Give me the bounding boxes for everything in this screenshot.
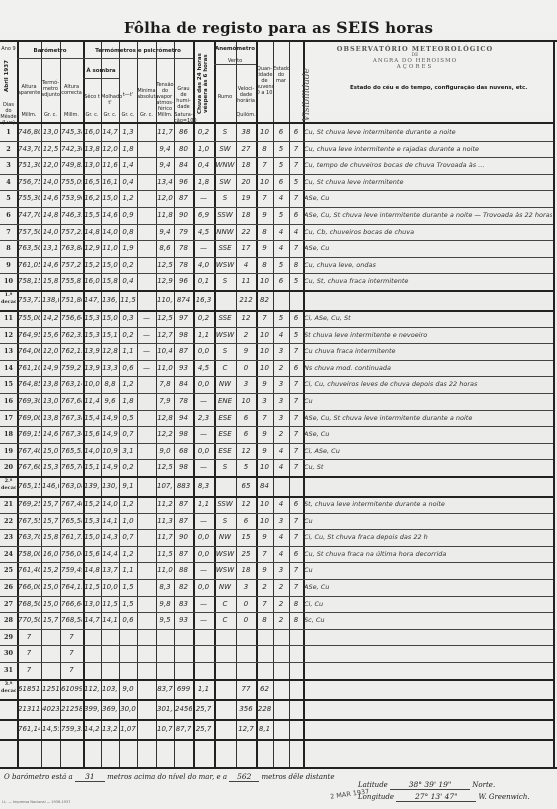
cell-hum: 80 [175, 143, 192, 156]
cell-term: 15,2 [42, 564, 59, 577]
cell-diff: 1,8 [120, 395, 136, 408]
cell-mar: 7 [290, 461, 302, 474]
table-row: 15764,8513,8763,1410,08,81,27,8840,0NW39… [0, 376, 553, 393]
cell-seco: 16,2 [84, 192, 100, 205]
cell-vis: 4 [274, 548, 288, 561]
cell-seco: 15,3 [84, 312, 100, 325]
register-sheet: Fôlha de registo para as SEIS horas Ano … [0, 0, 557, 809]
cell-vis: 3 [274, 515, 288, 528]
cell-alt_cor: 610995 [61, 681, 82, 697]
cell-molh: 15,0 [102, 312, 118, 325]
cell-molh: 14,4 [102, 548, 118, 561]
cell-remark: Ci, Cu, St chuva fraca depois das 22 h [304, 531, 552, 544]
cell-remark: ASe, Cu [304, 581, 552, 594]
cell-tensao: 7,9 [157, 395, 173, 408]
cell-term: 15,8 [42, 275, 59, 288]
cell-molh: 15,0 [102, 192, 118, 205]
cell-term: 12,0 [42, 159, 59, 172]
cell-seco: 15,6 [84, 548, 100, 561]
cell-diff: 1,3 [120, 126, 136, 139]
cell-molh: 10,9 [102, 445, 118, 458]
table-row: 19767,4015,0765,5514,010,93,19,0680,0ESE… [0, 443, 553, 460]
unit-label: Gr. c. [119, 112, 137, 118]
cell-alt_ap: 7 [18, 664, 40, 677]
cell-nuv: 8 [257, 259, 272, 272]
cell-day: 2.ª decada [1, 478, 16, 492]
cell-remark: Cu, St [304, 461, 552, 474]
table-row: 11755,0014,2756,6415,315,00,3—12,5970,2S… [0, 310, 553, 327]
cell-seco: 13,0 [84, 598, 100, 611]
cell-molh: 13,21 [102, 721, 118, 737]
cell-remark: Cu chuva fraca intermitente [304, 345, 552, 358]
cell-mar: 7 [290, 242, 302, 255]
cell-rumo: ESE [215, 412, 235, 425]
printer-note: I.L. — Imprensa Nacional — 1936-1937 [2, 800, 70, 804]
cell-alt_cor: 765,55 [61, 445, 82, 458]
cell-chuva: 1,0 [194, 143, 213, 156]
cell-vel: 77 [237, 681, 255, 697]
cell-chuva: 0,0 [194, 581, 213, 594]
cell-diff: 1,8 [120, 143, 136, 156]
cell-nuv: 10 [257, 329, 272, 342]
cell-rumo: WSW [215, 329, 235, 342]
cell-rumo: WNW [215, 159, 235, 172]
cell-seco: 11,4 [84, 395, 100, 408]
cell-alt_cor: 753,90 [61, 192, 82, 205]
cell-vel: 18 [237, 564, 255, 577]
cell-alt_ap: 761,40 [18, 564, 40, 577]
cell-molh: 14,1 [102, 614, 118, 627]
cell-vel: 12 [237, 445, 255, 458]
cell-hum: 87 [175, 548, 192, 561]
cell-seco: 15,4 [84, 412, 100, 425]
cell-alt_ap: 758,00 [18, 548, 40, 561]
cell-tensao: 11,5 [157, 548, 173, 561]
cell-alt_cor: 746,31 [61, 209, 82, 222]
cell-seco: 14,8 [84, 564, 100, 577]
cell-hum: 93 [175, 614, 192, 627]
cell-tensao: 10,76 [157, 721, 173, 737]
cell-mar: 6 [290, 362, 302, 375]
cell-day: 2 [1, 143, 16, 156]
cell-tensao: 9,5 [157, 614, 173, 627]
cell-alt_ap: 769,25 [18, 498, 40, 511]
cell-day: 26 [1, 581, 16, 594]
cell-vel: 3 [237, 378, 255, 391]
cell-mar: 7 [290, 564, 302, 577]
cell-diff: 0,7 [120, 531, 136, 544]
cell-vel: 25 [237, 548, 255, 561]
cell-chuva: 0,4 [194, 159, 213, 172]
cell-chuva: 25,7 [194, 721, 213, 737]
cell-hum: 88 [175, 564, 192, 577]
shade-header: À sombra [83, 68, 119, 75]
cell-vel: 20 [237, 176, 255, 189]
cell-vel: 6 [237, 428, 255, 441]
cell-rumo: S [215, 275, 235, 288]
cell-term: 12,0 [42, 345, 59, 358]
cell-hum: 883 [175, 478, 192, 494]
cell-remark: Cu, tempo de chuveiros bocas de chuva Tr… [304, 159, 552, 172]
cell-diff: 30,0 [120, 701, 136, 717]
cell-alt_ap: 7 [18, 647, 40, 660]
summary-row: 213119640232125880399,9369,930,0301,2245… [0, 699, 553, 719]
cell-remark: Cu, chuva leve, ondas [304, 259, 552, 272]
cell-molh: 10,0 [102, 581, 118, 594]
cell-mar: 7 [290, 143, 302, 156]
summary-row: 761,1414,55759,3514,2813,211,0710,7687,7… [0, 719, 553, 739]
cell-diff: 1,2 [120, 378, 136, 391]
cell-vel: 212 [237, 292, 255, 308]
cell-hum: 97 [175, 312, 192, 325]
cell-day: 28 [1, 614, 16, 627]
unit-label: Gr. c. [137, 112, 156, 118]
cell-hum: 79 [175, 226, 192, 239]
cell-tensao: 110,5 [157, 292, 173, 308]
cell-tensao: 8,3 [157, 581, 173, 594]
cell-rumo: S [215, 515, 235, 528]
cell-tensao: 12,5 [157, 259, 173, 272]
cell-molh: 13,3 [102, 362, 118, 375]
cell-molh: 14,9 [102, 412, 118, 425]
cell-hum: 87 [175, 192, 192, 205]
cell-nuv: 9 [257, 428, 272, 441]
cell-vel: 0 [237, 362, 255, 375]
cell-term: 15,8 [42, 531, 59, 544]
cell-tensao: 11,7 [157, 531, 173, 544]
cell-alt_cor: 759,35 [61, 721, 82, 737]
cell-alt_ap: 770,50 [18, 614, 40, 627]
cell-molh: 14,7 [102, 126, 118, 139]
cell-diff: 1,1 [120, 564, 136, 577]
cell-diff: 1,0 [120, 515, 136, 528]
cell-day: 3 [1, 159, 16, 172]
cell-chuva: — [194, 461, 213, 474]
cell-diff: 0,5 [120, 412, 136, 425]
cell-nuv: 228 [257, 701, 272, 717]
cell-nuv: 9 [257, 531, 272, 544]
cell-tensao: 11,8 [157, 209, 173, 222]
longitude: Longitude 27° 13' 47" W. Greenwich. [358, 792, 557, 802]
cell-alt_cor: 767,40 [61, 498, 82, 511]
table-row: 20767,6015,3765,7015,114,90,212,598—S510… [0, 459, 553, 476]
cell-tensao: 9,0 [157, 445, 173, 458]
cell-hum: 98 [175, 329, 192, 342]
cell-vel: 18 [237, 159, 255, 172]
cell-tensao: 9,8 [157, 598, 173, 611]
cell-vel: 12 [237, 498, 255, 511]
cell-vis: 5 [274, 159, 288, 172]
table-row: 28770,5015,7768,5814,714,10,69,593—C0828… [0, 612, 553, 629]
unit-label: Gr. c. [41, 112, 60, 118]
cell-molh: 14,9 [102, 428, 118, 441]
cell-rumo: SW [215, 143, 235, 156]
cell-seco: 139,9 [84, 478, 100, 494]
cell-rumo: S [215, 345, 235, 358]
cell-rumo: C [215, 362, 235, 375]
cell-diff: 0,3 [120, 312, 136, 325]
cell-vel: 65 [237, 478, 255, 494]
cell-alt_cor: 7 [61, 664, 82, 677]
cell-alt_ap: 764,85 [18, 378, 40, 391]
cell-day: 8 [1, 242, 16, 255]
cell-seco: 12,9 [84, 242, 100, 255]
cell-nuv: 8 [257, 226, 272, 239]
cell-mar: 7 [290, 395, 302, 408]
cell-alt_ap: 765,15 [18, 478, 40, 494]
weather-table: Ano 9BarómetroAltura aparenteTermó-metro… [0, 40, 557, 769]
cell-diff: 1,5 [120, 581, 136, 594]
cell-vel: 0 [237, 614, 255, 627]
cell-day: 21 [1, 498, 16, 511]
cell-hum: 90 [175, 209, 192, 222]
cell-hum: 2456 [175, 701, 192, 717]
cell-alt_ap: 747,70 [18, 209, 40, 222]
cell-molh: 13,7 [102, 564, 118, 577]
cell-vel: 9 [237, 345, 255, 358]
cell-nuv: 10 [257, 176, 272, 189]
cell-rumo: C [215, 598, 235, 611]
cell-alt_ap: 755,30 [18, 192, 40, 205]
cell-rumo: SSW [215, 498, 235, 511]
cell-alt_cor: 765,70 [61, 461, 82, 474]
cell-remark: ASe, Cu, St chuva leve intermitente dura… [304, 209, 552, 222]
cell-molh: 11,0 [102, 242, 118, 255]
cell-day: 7 [1, 226, 16, 239]
cell-mar: 8 [290, 598, 302, 611]
cell-rumo: C [215, 614, 235, 627]
cell-nuv: 7 [257, 598, 272, 611]
cell-alt_cor: 759,27 [61, 362, 82, 375]
latitude: Latitude 38° 39' 19" Norte. [358, 780, 557, 790]
cell-alt_ap: 769,15 [18, 428, 40, 441]
cell-alt_ap: 755,00 [18, 312, 40, 325]
cell-day: 25 [1, 564, 16, 577]
cell-chuva: 1,1 [194, 681, 213, 697]
cell-chuva: 0,0 [194, 345, 213, 358]
cell-alt_ap: 756,75 [18, 176, 40, 189]
cell-seco: 14,0 [84, 445, 100, 458]
cell-seco: 15,1 [84, 461, 100, 474]
cell-vis: 5 [274, 143, 288, 156]
cell-chuva: — [194, 192, 213, 205]
cell-vis: 2 [274, 614, 288, 627]
column-divider [553, 42, 555, 767]
cell-tensao: 11,3 [157, 515, 173, 528]
cell-chuva: 25,7 [194, 701, 213, 717]
cell-molh: 16,1 [102, 176, 118, 189]
cell-vis: 5 [274, 209, 288, 222]
cell-day: 17 [1, 412, 16, 425]
cell-seco: 13,0 [84, 159, 100, 172]
cell-chuva: 4,5 [194, 362, 213, 375]
velocity-header: Veloci-dade horária [236, 86, 256, 104]
cell-vel: 12 [237, 312, 255, 325]
visibility-header: Visibilidade [302, 68, 312, 121]
cell-tensao: 13,4 [157, 176, 173, 189]
cell-rumo: ESE [215, 445, 235, 458]
cell-seco: 15,2 [84, 498, 100, 511]
cell-hum: 84 [175, 378, 192, 391]
cell-seco: 13,8 [84, 143, 100, 156]
cell-hum: 94 [175, 412, 192, 425]
cell-alt_ap: 766,00 [18, 581, 40, 594]
cell-molh: 14,6 [102, 209, 118, 222]
cell-day: 6 [1, 209, 16, 222]
rain-header: Chuva das 24 horas véspera às 6 horas [197, 50, 209, 118]
cell-nuv: 8 [257, 614, 272, 627]
cell-term: 13,0 [42, 126, 59, 139]
cell-mar: 7 [290, 531, 302, 544]
cell-term: 13,1 [42, 242, 59, 255]
cell-alt_cor: 763,88 [61, 242, 82, 255]
cell-tensao: 107,0 [157, 478, 173, 494]
cell-term: 14,0 [42, 226, 59, 239]
cell-remark: Cu, St chuva leve intermitente [304, 176, 552, 189]
difference-header: t—t' [119, 92, 137, 98]
cell-day: 20 [1, 461, 16, 474]
cell-alt_cor: 755,87 [61, 275, 82, 288]
cell-seco: 15,3 [84, 515, 100, 528]
cell-chuva: 6,9 [194, 209, 213, 222]
cell-nuv: 84 [257, 478, 272, 494]
cell-alt_ap: 764,06 [18, 345, 40, 358]
header-rule [17, 58, 193, 59]
cell-alt_ap: 761,05 [18, 259, 40, 272]
cell-hum: 87 [175, 345, 192, 358]
cell-vis: 2 [274, 362, 288, 375]
cell-diff: 1,07 [120, 721, 136, 737]
cell-vel: 22 [237, 226, 255, 239]
cell-molh: 15,0 [102, 259, 118, 272]
cell-vel: 0 [237, 598, 255, 611]
cell-diff: 9,0 [120, 681, 136, 697]
cell-diff: 1,1 [120, 345, 136, 358]
cell-diff: 0,2 [120, 461, 136, 474]
cell-vel: 12,7 [237, 721, 255, 737]
table-row: 4756,7514,0755,0916,516,10,413,4961,8SW2… [0, 174, 553, 191]
cell-alt_ap: 743,70 [18, 143, 40, 156]
cell-remark: Cu [304, 564, 552, 577]
cell-vel: 17 [237, 242, 255, 255]
cell-hum: 78 [175, 259, 192, 272]
cell-alt_cor: 742,30 [61, 143, 82, 156]
cell-nuv: 7 [257, 159, 272, 172]
cell-chuva: 1,8 [194, 176, 213, 189]
cell-day: 13 [1, 345, 16, 358]
table-row: 21769,2515,7767,4015,214,01,211,2871,1SS… [0, 496, 553, 513]
cell-alt_cor: 762,15 [61, 345, 82, 358]
cell-tensao: 12,5 [157, 312, 173, 325]
cell-seco: 14,8 [84, 226, 100, 239]
cell-day: 31 [1, 664, 16, 677]
cell-hum: 87,7 [175, 721, 192, 737]
cell-vel: 27 [237, 143, 255, 156]
table-row: 7757,5014,0757,2514,814,00,89,4794,5NNW2… [0, 224, 553, 241]
cell-remark: Cu, Cb, chuveiros bocas de chuva [304, 226, 552, 239]
cell-tensao: 11,2 [157, 498, 173, 511]
unit-label: Gr. c. [83, 112, 101, 118]
cell-chuva: — [194, 428, 213, 441]
cell-vis: 2 [274, 428, 288, 441]
cell-alt_cor: 763,14 [61, 378, 82, 391]
cell-seco: 15,0 [84, 531, 100, 544]
cell-day: 16 [1, 395, 16, 408]
cell-alt_cor: 763,08 [61, 478, 82, 494]
cell-seco: 15,3 [84, 329, 100, 342]
cell-term: 15,7 [42, 614, 59, 627]
cell-tensao: 11,0 [157, 362, 173, 375]
cell-diff: 1,2 [120, 498, 136, 511]
cell-tensao: 9,4 [157, 226, 173, 239]
cell-nuv: 10 [257, 362, 272, 375]
cell-vis: 3 [274, 345, 288, 358]
cell-nuv: 2 [257, 581, 272, 594]
cell-alt_ap: 769,30 [18, 395, 40, 408]
table-row: 1746,8013,0745,3816,014,71,311,7860,2S38… [0, 124, 553, 141]
cell-term: 13,0 [42, 395, 59, 408]
cell-remark: Cu, St, chuva fraca intermitente [304, 275, 552, 288]
cell-hum: 699 [175, 681, 192, 697]
cell-alt_cor: 756,04 [61, 548, 82, 561]
cell-molh: 130,8 [102, 478, 118, 494]
cell-alt_cor: 767,68 [61, 395, 82, 408]
cell-alt_cor: 766,64 [61, 598, 82, 611]
cell-chuva: 1,1 [194, 498, 213, 511]
vapour-tension-header: Tensão do vapor atmos-férico [156, 82, 174, 112]
cell-alt_cor: 765,58 [61, 515, 82, 528]
cell-remark: Ci, Cu, chuveiros leves de chuva depois … [304, 378, 552, 391]
cell-diff: 0,2 [120, 329, 136, 342]
year-header: Ano 9 [0, 46, 17, 52]
cell-nuv: 10 [257, 275, 272, 288]
cell-term: 14,8 [42, 209, 59, 222]
cell-day: 9 [1, 259, 16, 272]
cell-mar: 7 [290, 159, 302, 172]
table-row: 5755,3014,6753,9016,215,01,212,087—S1974… [0, 190, 553, 207]
cell-alt_ap: 757,50 [18, 226, 40, 239]
cell-chuva: 0,1 [194, 275, 213, 288]
cell-day: 10 [1, 275, 16, 288]
cell-molh: 14,0 [102, 498, 118, 511]
cell-hum: 96 [175, 176, 192, 189]
cell-rumo: WSW [215, 259, 235, 272]
cell-remark: ASe, Cu [304, 428, 552, 441]
cell-alt_cor: 759,49 [61, 564, 82, 577]
cell-term: 14,6 [42, 259, 59, 272]
cell-seco: 14,28 [84, 721, 100, 737]
cell-mar: 7 [290, 412, 302, 425]
cell-min: — [138, 312, 155, 325]
cell-seco: 15,6 [84, 428, 100, 441]
cell-alt_ap: 753,71 [18, 292, 40, 308]
cell-vel: 356 [237, 701, 255, 717]
header-rule [214, 64, 256, 65]
cell-term: 14,6 [42, 192, 59, 205]
table-row: 26766,0015,0764,1511,510,01,58,3820,0NW3… [0, 579, 553, 596]
table-row: 25761,4015,2759,4914,813,71,111,088—WSW1… [0, 562, 553, 579]
table-row: 3077 [0, 645, 553, 662]
table-row: 9761,0514,6757,2715,215,00,212,5784,0WSW… [0, 257, 553, 274]
cell-term: 15,6 [42, 329, 59, 342]
cell-nuv: 82 [257, 292, 272, 308]
cell-alt_ap: 2131196 [18, 701, 40, 717]
cell-alt_cor: 757,25 [61, 226, 82, 239]
cell-tensao: 12,9 [157, 275, 173, 288]
cell-rumo: SSW [215, 209, 235, 222]
cell-day: 27 [1, 598, 16, 611]
cell-hum: 78 [175, 395, 192, 408]
